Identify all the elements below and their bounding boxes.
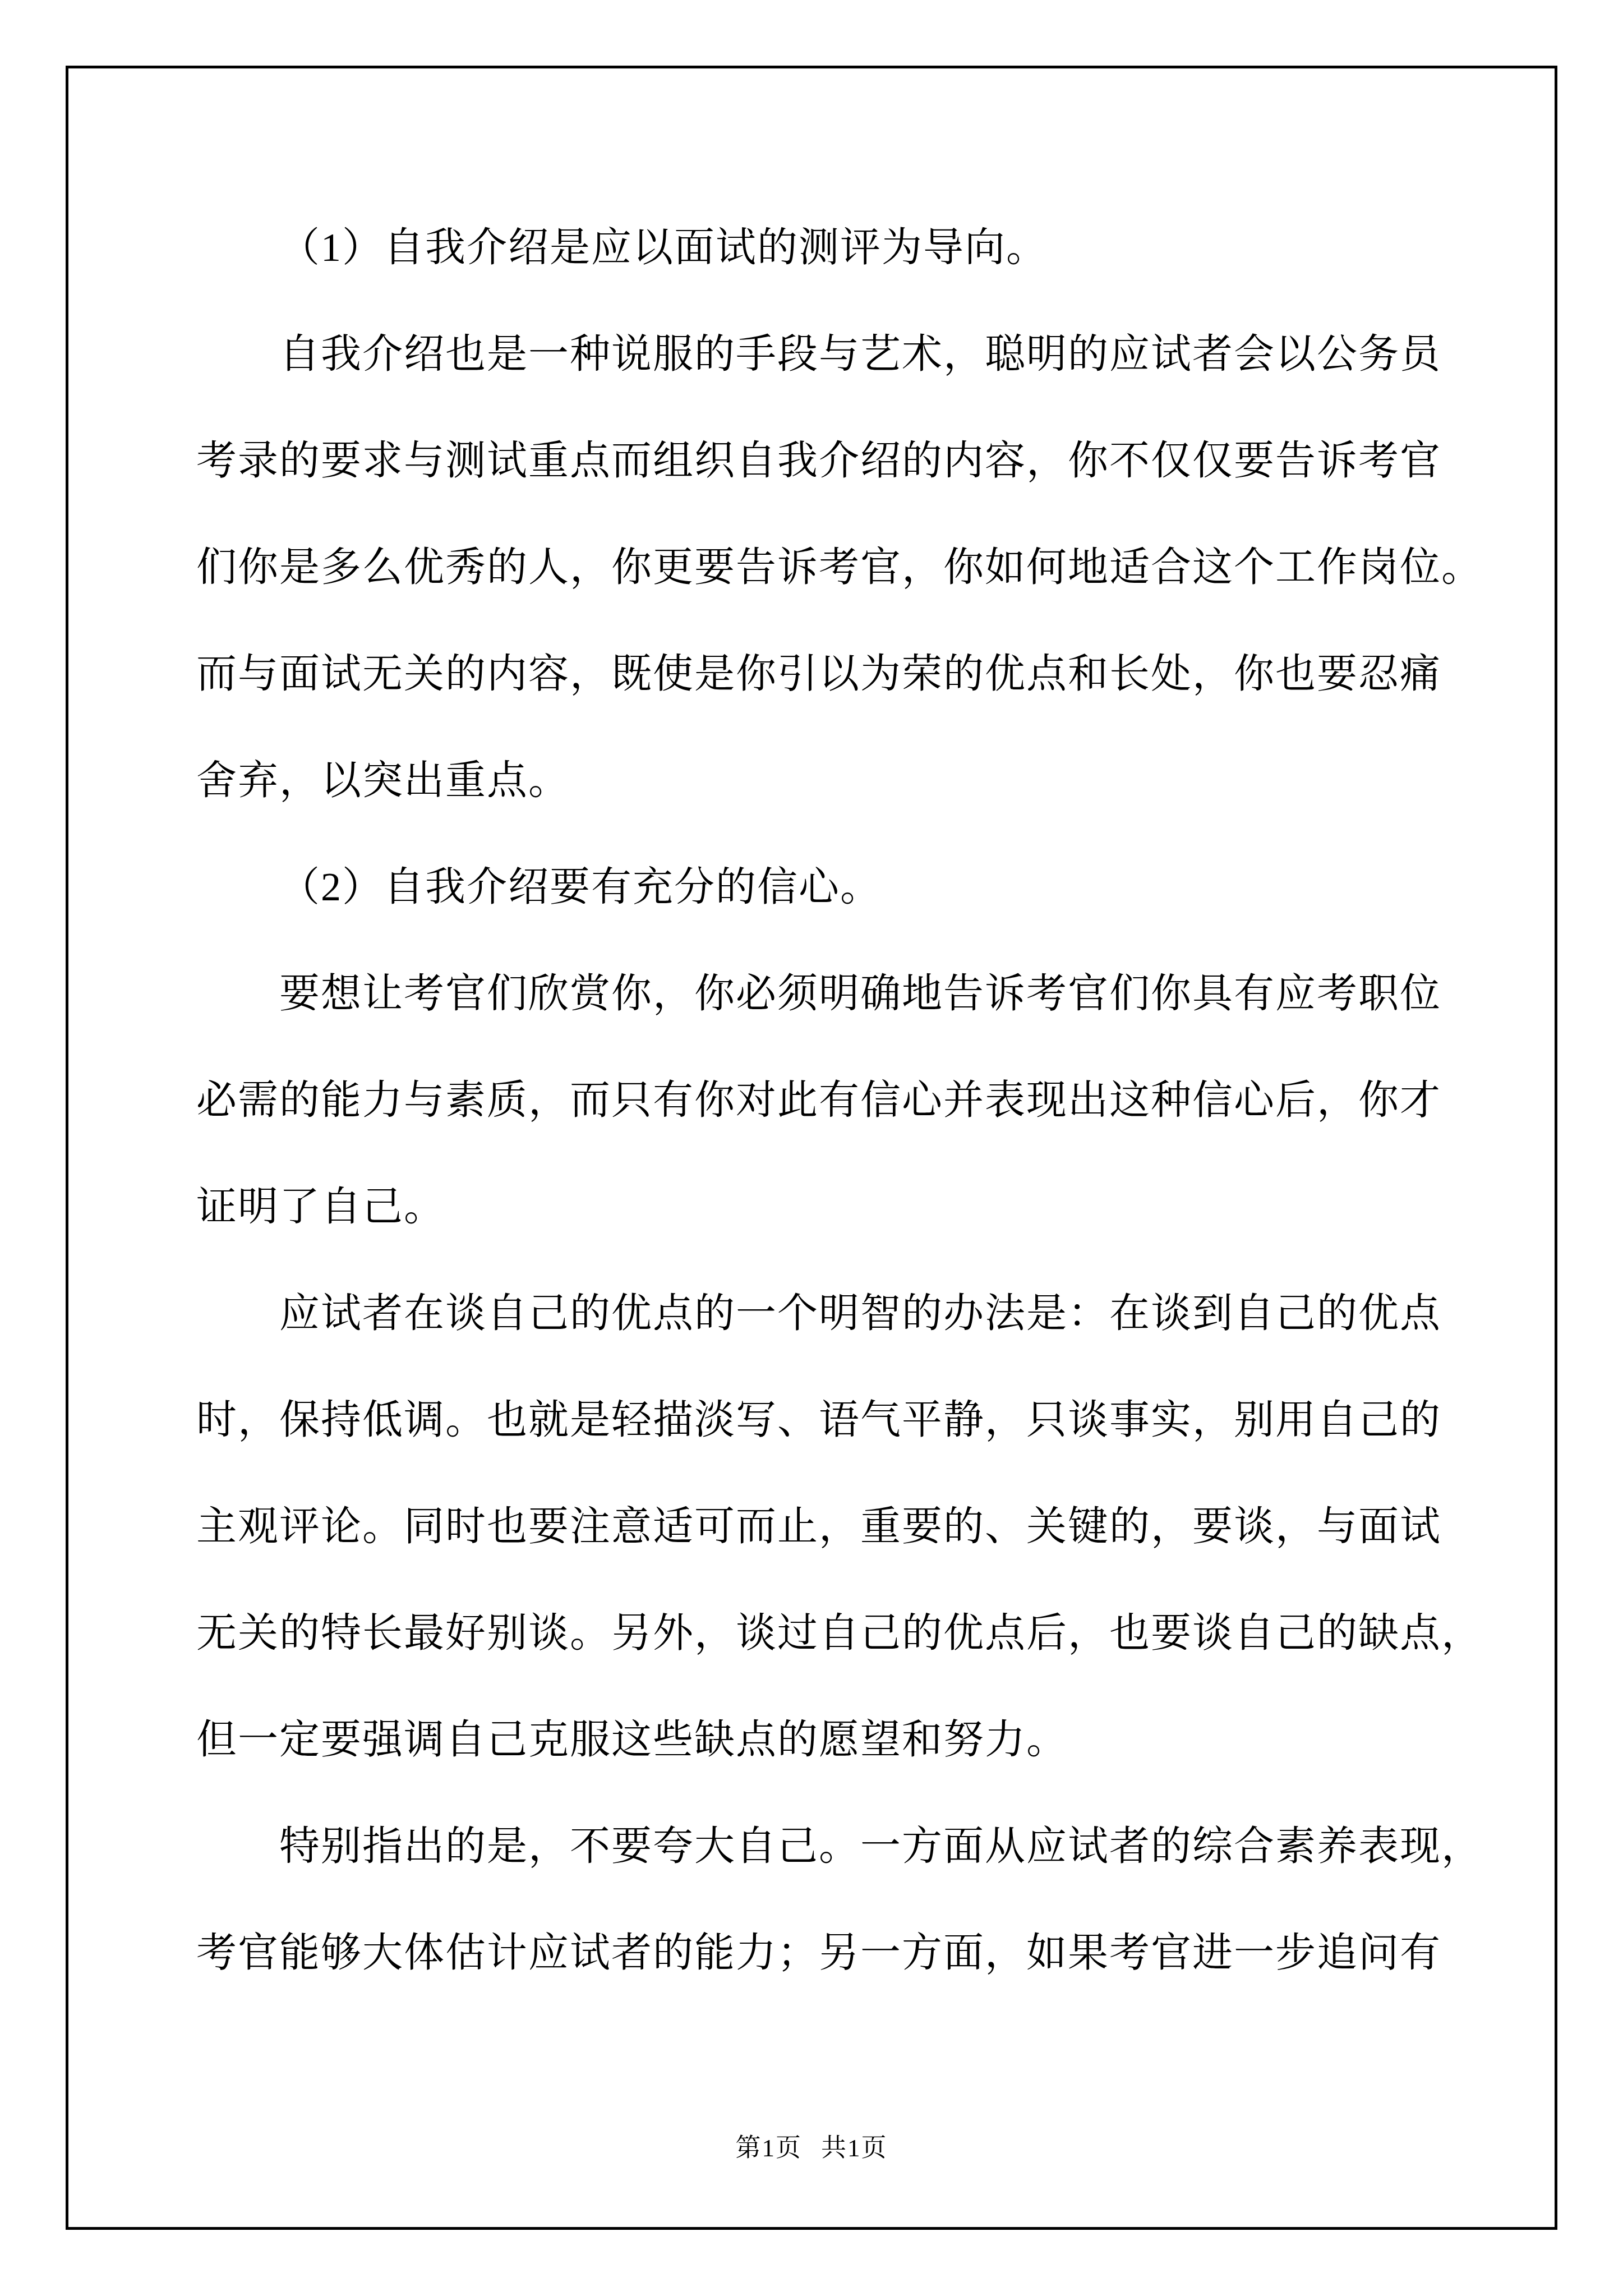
text-line: 主观评论。同时也要注意适可而止，重要的、关键的，要谈，与面试 [196,1473,1475,1580]
paragraph: （1）自我介绍是应以面试的测评为导向。 [196,194,1475,301]
text-line: 证明了自己。 [196,1153,1475,1260]
text-line: 考官能够大体估计应试者的能力；另一方面，如果考官进一步追问有 [196,1899,1475,2006]
paragraph: 自我介绍也是一种说服的手段与艺术，聪明的应试者会以公务员 考录的要求与测试重点而… [196,301,1475,834]
paragraph: 应试者在谈自己的优点的一个明智的办法是：在谈到自己的优点 时，保持低调。也就是轻… [196,1260,1475,1793]
text-line: 自我介绍也是一种说服的手段与艺术，聪明的应试者会以公务员 [196,301,1475,407]
text-line: 考录的要求与测试重点而组织自我介绍的内容，你不仅仅要告诉考官 [196,407,1475,514]
text-line: （1）自我介绍是应以面试的测评为导向。 [196,194,1475,301]
text-line: 们你是多么优秀的人，你更要告诉考官，你如何地适合这个工作岗位。 [196,514,1475,620]
text-line: 而与面试无关的内容，既使是你引以为荣的优点和长处，你也要忍痛 [196,620,1475,727]
text-line: 但一定要强调自己克服这些缺点的愿望和努力。 [196,1686,1475,1793]
paragraph: 要想让考官们欣赏你，你必须明确地告诉考官们你具有应考职位 必需的能力与素质，而只… [196,940,1475,1260]
page-footer: 第1页共1页 [0,2127,1623,2164]
paragraph: （2）自我介绍要有充分的信心。 [196,834,1475,940]
text-line: 应试者在谈自己的优点的一个明智的办法是：在谈到自己的优点 [196,1260,1475,1366]
document-text: （1）自我介绍是应以面试的测评为导向。 自我介绍也是一种说服的手段与艺术，聪明的… [196,194,1475,2006]
paragraph: 特别指出的是，不要夸大自己。一方面从应试者的综合素养表现， 考官能够大体估计应试… [196,1793,1475,2006]
text-line: 要想让考官们欣赏你，你必须明确地告诉考官们你具有应考职位 [196,940,1475,1047]
text-line: 无关的特长最好别谈。另外，谈过自己的优点后，也要谈自己的缺点， [196,1580,1475,1686]
text-line: 时，保持低调。也就是轻描淡写、语气平静，只谈事实，别用自己的 [196,1366,1475,1473]
text-line: 必需的能力与素质，而只有你对此有信心并表现出这种信心后，你才 [196,1047,1475,1153]
text-line: 特别指出的是，不要夸大自己。一方面从应试者的综合素养表现， [196,1793,1475,1899]
footer-page-number: 第1页 [735,2134,802,2162]
text-line: 舍弃，以突出重点。 [196,727,1475,834]
text-line: （2）自我介绍要有充分的信心。 [196,834,1475,940]
footer-page-total: 共1页 [821,2134,888,2162]
